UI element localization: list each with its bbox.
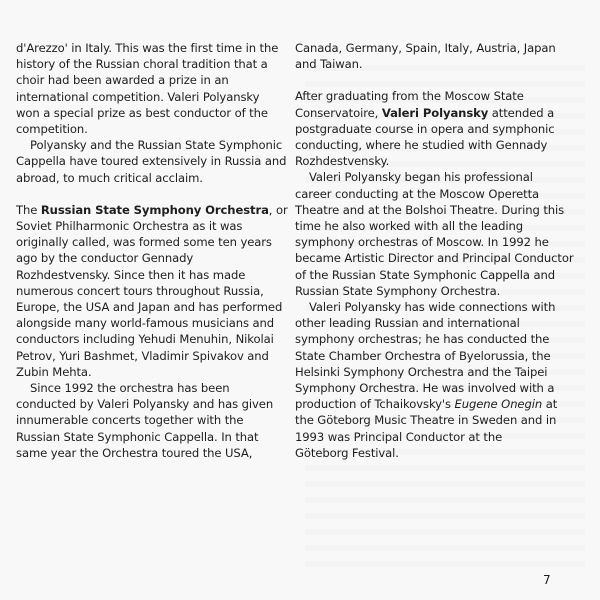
text-line: Rozhdestvensky. Since then it has made xyxy=(16,267,278,283)
text-line: Helsinki Symphony Orchestra and the Taip… xyxy=(295,364,565,380)
text-line: d'Arezzo' in Italy. This was the first t… xyxy=(16,40,278,56)
text-line: of the Russian State Symphonic Cappella … xyxy=(295,267,565,283)
text-line: Russian State Symphonic Cappella. In tha… xyxy=(16,429,278,445)
paragraph-since-1992: Since 1992 the orchestra has been conduc… xyxy=(16,380,278,461)
paragraph-gap xyxy=(16,186,278,202)
text: , or xyxy=(269,203,288,217)
text: The xyxy=(16,203,41,217)
booklet-page: d'Arezzo' in Italy. This was the first t… xyxy=(0,0,600,600)
text-line: same year the Orchestra toured the USA, xyxy=(16,445,278,461)
orchestra-name-bold: Russian State Symphony Orchestra xyxy=(41,203,269,217)
text-line: symphony orchestras; he has conducted th… xyxy=(295,331,565,347)
text-line: Canada, Germany, Spain, Italy, Austria, … xyxy=(295,40,565,56)
text-line: became Artistic Director and Principal C… xyxy=(295,250,565,266)
text-line: ago by the conductor Gennady xyxy=(16,250,278,266)
text: production of Tchaikovsky's xyxy=(295,397,455,411)
text-line: competition. xyxy=(16,121,278,137)
text-line: Europe, the USA and Japan and has perfor… xyxy=(16,299,278,315)
text-line: Russian State Symphony Orchestra. xyxy=(295,283,565,299)
paragraph-career: Valeri Polyansky began his professional … xyxy=(295,169,565,299)
text-line: the Göteborg Music Theatre in Sweden and… xyxy=(295,412,565,428)
paragraph-orchestra: The Russian State Symphony Orchestra, or… xyxy=(16,202,278,380)
text-line: Zubin Mehta. xyxy=(16,364,278,380)
text-line: After graduating from the Moscow State xyxy=(295,88,565,104)
text-line: Valeri Polyansky began his professional xyxy=(295,169,565,185)
paragraph-competition: d'Arezzo' in Italy. This was the first t… xyxy=(16,40,278,137)
text-line: choir had been awarded a prize in an xyxy=(16,72,278,88)
text-line: Theatre and at the Bolshoi Theatre. Duri… xyxy=(295,202,565,218)
text-line: Göteborg Festival. xyxy=(295,445,565,461)
left-column: d'Arezzo' in Italy. This was the first t… xyxy=(16,40,278,461)
paragraph-connections: Valeri Polyansky has wide connections wi… xyxy=(295,299,565,461)
text-line: Soviet Philharmonic Orchestra as it was xyxy=(16,218,278,234)
text-line: Cappella have toured extensively in Russ… xyxy=(16,153,278,169)
paragraph-graduation: After graduating from the Moscow State C… xyxy=(295,88,565,169)
right-column: Canada, Germany, Spain, Italy, Austria, … xyxy=(295,40,565,461)
text-line: Polyansky and the Russian State Symphoni… xyxy=(16,137,278,153)
opera-title-italic: Eugene Onegin xyxy=(455,397,543,411)
text-line: Valeri Polyansky has wide connections wi… xyxy=(295,299,565,315)
text-line: history of the Russian choral tradition … xyxy=(16,56,278,72)
text-line: postgraduate course in opera and symphon… xyxy=(295,121,565,137)
text-line: The Russian State Symphony Orchestra, or xyxy=(16,202,278,218)
text-line: won a special prize as best conductor of… xyxy=(16,105,278,121)
text-line: alongside many world-famous musicians an… xyxy=(16,315,278,331)
text-line: time he also worked with all the leading xyxy=(295,218,565,234)
paragraph-tour-countries: Canada, Germany, Spain, Italy, Austria, … xyxy=(295,40,565,72)
text-line: numerous concert tours throughout Russia… xyxy=(16,283,278,299)
text-line: Rozhdestvensky. xyxy=(295,153,565,169)
text-line: State Chamber Orchestra of Byelorussia, … xyxy=(295,348,565,364)
conductor-name-bold: Valeri Polyansky xyxy=(382,106,488,120)
text-line: career conducting at the Moscow Operetta xyxy=(295,186,565,202)
text: attended a xyxy=(488,106,554,120)
text: at xyxy=(542,397,557,411)
text-line: conductors including Yehudi Menuhin, Nik… xyxy=(16,331,278,347)
text-line: 1993 was Principal Conductor at the xyxy=(295,429,565,445)
text-line: Petrov, Yuri Bashmet, Vladimir Spivakov … xyxy=(16,348,278,364)
text-line: symphony orchestras of Moscow. In 1992 h… xyxy=(295,234,565,250)
text-line: Symphony Orchestra. He was involved with… xyxy=(295,380,565,396)
paragraph-gap xyxy=(295,72,565,88)
text-line: Since 1992 the orchestra has been xyxy=(16,380,278,396)
text-line: innumerable concerts together with the xyxy=(16,412,278,428)
text-line: Conservatoire, Valeri Polyansky attended… xyxy=(295,105,565,121)
text-line: other leading Russian and international xyxy=(295,315,565,331)
text-line: abroad, to much critical acclaim. xyxy=(16,170,278,186)
text-line: international competition. Valeri Polyan… xyxy=(16,89,278,105)
text-line: production of Tchaikovsky's Eugene Onegi… xyxy=(295,396,565,412)
text-line: conducting, where he studied with Gennad… xyxy=(295,137,565,153)
page-number: 7 xyxy=(543,573,551,587)
text-line: originally called, was formed some ten y… xyxy=(16,234,278,250)
paragraph-tours: Polyansky and the Russian State Symphoni… xyxy=(16,137,278,186)
text: Conservatoire, xyxy=(295,106,382,120)
text-line: and Taiwan. xyxy=(295,56,565,72)
text-line: conducted by Valeri Polyansky and has gi… xyxy=(16,396,278,412)
